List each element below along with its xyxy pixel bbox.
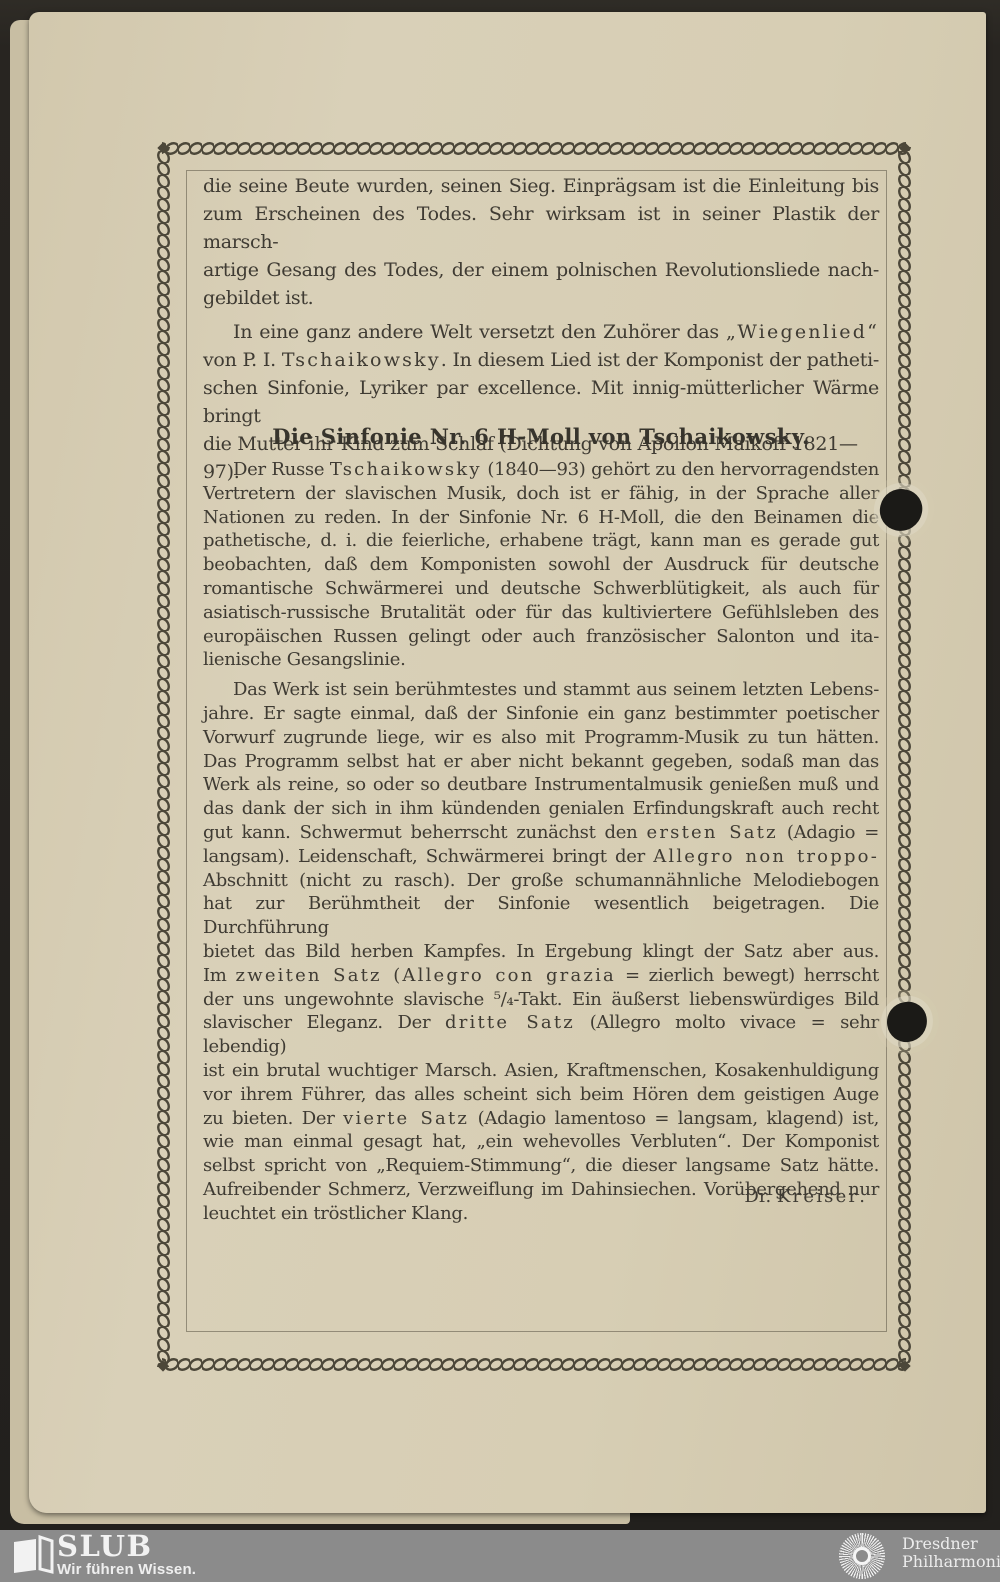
text-line: der uns ungewohnte slavische ⁵/₄-Takt. E… [203,988,879,1012]
text-line: Das Werk ist sein berühmtestes und stamm… [203,678,879,702]
text-line: Im zweiten Satz (Allegro con grazia = zi… [203,964,879,988]
text-line: artige Gesang des Todes, der einem polni… [203,256,879,284]
text-line: Vorwurf zugrunde liege, wir es also mit … [203,726,879,750]
text-line: vor ihrem Führer, das alles scheint sich… [203,1083,879,1107]
text-line: asiatisch-russische Brutalität oder für … [203,601,879,625]
text-line: Nationen zu reden. In der Sinfonie Nr. 6… [203,506,879,530]
section-heading: Die Sinfonie Nr. 6 H-Moll von Tschaikows… [203,424,879,449]
text-line: In eine ganz andere Welt versetzt den Zu… [203,318,879,346]
text-line: Abschnitt (nicht zu rasch). Der große sc… [203,869,879,893]
philharmonie-line1: Dresdner [902,1535,1000,1553]
text-line: ist ein brutal wuchtiger Marsch. Asien, … [203,1059,879,1083]
text-line: schen Sinfonie, Lyriker par excellence. … [203,374,879,430]
text-line: pathetische, d. i. die feierliche, erhab… [203,529,879,553]
starburst-center-hole [853,1547,871,1565]
philharmonie-logo-text: Dresdner Philharmonie [902,1535,1000,1571]
text-line: gebildet ist. [203,284,879,312]
text-line: selbst spricht von „Requiem-Stimmung“, d… [203,1154,879,1178]
philharmonie-line2: Philharmonie [902,1553,1000,1571]
text-line: gut kann. Schwermut beherrscht zunächst … [203,821,879,845]
paragraph: Der Russe Tschaikowsky (1840—93) gehört … [203,458,879,672]
text-line: von P. I. Tschaikowsky. In diesem Lied i… [203,346,879,374]
text-line: beobachten, daß dem Komponisten sowohl d… [203,553,879,577]
starburst-icon [839,1533,885,1579]
text-line: zu bieten. Der vierte Satz (Adagio lamen… [203,1107,879,1131]
text-line: lienische Gesangslinie. [203,648,879,672]
slub-tagline: Wir führen Wissen. [57,1561,196,1578]
text-line: bietet das Bild herben Kampfes. In Ergeb… [203,940,879,964]
text-line: hat zur Berühmtheit der Sinfonie wesentl… [203,892,879,940]
text-line: das dank der sich in ihm kündenden genia… [203,797,879,821]
text-line: romantische Schwärmerei und deutsche Sch… [203,577,879,601]
text-line: slavischer Eleganz. Der dritte Satz (All… [203,1011,879,1059]
open-book-icon [12,1534,54,1578]
text-line: wie man einmal gesagt hat, „ein wehevoll… [203,1130,879,1154]
paragraph: Das Werk ist sein berühmtestes und stamm… [203,678,879,1225]
text-line: Das Programm selbst hat er aber nicht be… [203,750,879,774]
paragraph: die seine Beute wurden, seinen Sieg. Ein… [203,172,879,312]
text-line: zum Erscheinen des Todes. Sehr wirksam i… [203,200,879,256]
text-line: die seine Beute wurden, seinen Sieg. Ein… [203,172,879,200]
text-line: Werk als reine, so oder so deutbare Inst… [203,773,879,797]
text-line: Vertretern der slavischen Musik, doch is… [203,482,879,506]
text-line: Der Russe Tschaikowsky (1840—93) gehört … [203,458,879,482]
slub-logo-text: SLUB [57,1529,153,1563]
scanned-program-page: die seine Beute wurden, seinen Sieg. Ein… [0,0,1000,1582]
text-line: jahre. Er sagte einmal, daß der Sinfonie… [203,702,879,726]
document-body-lower: Der Russe Tschaikowsky (1840—93) gehört … [203,458,879,1226]
author-signature: Dr. Kreiser. [203,1186,865,1207]
text-line: europäischen Russen gelingt oder auch fr… [203,625,879,649]
text-line: langsam). Leidenschaft, Schwärmerei brin… [203,845,879,869]
